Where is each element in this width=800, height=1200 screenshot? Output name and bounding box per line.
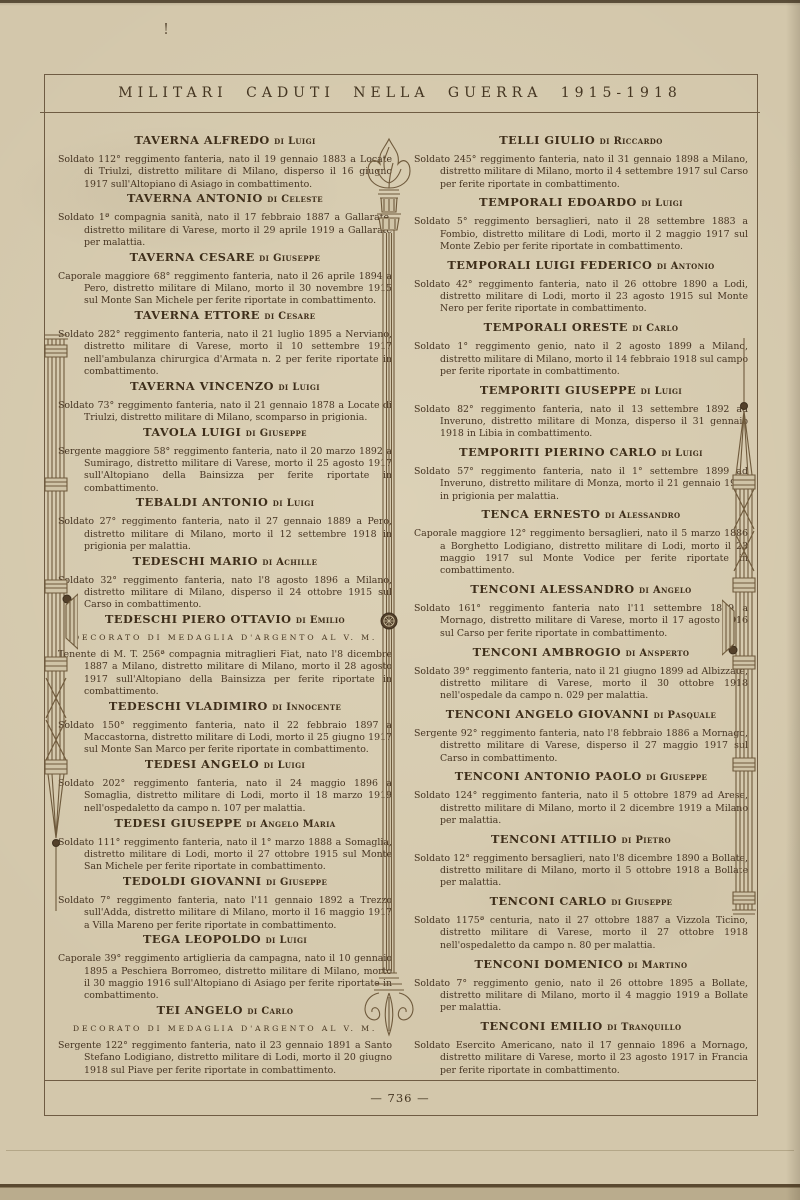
right-column: TELLI GIULIO di Riccardo Soldato 245° re… <box>414 133 748 1077</box>
entry-surname-name: TEMPORITI PIERINO CARLO <box>459 445 657 459</box>
left-column: TAVERNA ALFREDO di Luigi Soldato 112° re… <box>58 133 392 1077</box>
entry-body: Soldato 73° reggimento fanteria, nato il… <box>58 400 392 425</box>
entry-heading: TAVERNA ALFREDO di Luigi <box>58 133 392 147</box>
entry-filiation: di Giuseppe <box>266 877 327 888</box>
entry-filiation: di Antonio <box>657 261 715 272</box>
obituary-entry: TAVERNA ETTORE di Cesare Soldato 282° re… <box>58 308 392 378</box>
entry-heading: TEMPORITI PIERINO CARLO di Luigi <box>414 445 748 459</box>
page-title: MILITARI CADUTI NELLA GUERRA 1915-1918 <box>118 85 682 101</box>
entry-surname-name: TENCONI ATTILIO <box>491 832 617 846</box>
entry-surname-name: TEMPORALI EDOARDO <box>479 195 637 209</box>
entry-body: Soldato 27° reggimento fanteria, nato il… <box>58 516 392 553</box>
entry-filiation: di Cesare <box>264 311 315 322</box>
entry-surname-name: TENCONI AMBROGIO <box>473 645 622 659</box>
entry-surname-name: TENCONI ANTONIO PAOLO <box>455 769 642 783</box>
entry-surname-name: TAVERNA ETTORE <box>135 308 260 322</box>
entry-heading: TENCONI ALESSANDRO di Angelo <box>414 582 748 596</box>
entry-filiation: di Innocente <box>272 702 341 713</box>
entry-surname-name: TAVERNA ANTONIO <box>127 191 263 205</box>
entry-heading: TEDESI ANGELO di Luigi <box>58 757 392 771</box>
entry-surname-name: TEDESCHI PIERO OTTAVIO <box>105 612 291 626</box>
obituary-entry: TAVOLA LUIGI di Giuseppe Sergente maggio… <box>58 425 392 495</box>
entry-body: Sergente 92° reggimento fanteria, nato l… <box>414 728 748 765</box>
entry-filiation: di Luigi <box>278 382 319 393</box>
entry-filiation: di Luigi <box>274 136 315 147</box>
entry-body: Caporale maggiore 68° reggimento fanteri… <box>58 271 392 308</box>
entry-filiation: di Carlo <box>247 1006 293 1017</box>
entry-heading: TELLI GIULIO di Riccardo <box>414 133 748 147</box>
entry-surname-name: TEMPORALI LUIGI FEDERICO <box>447 258 652 272</box>
entry-filiation: di Alessandro <box>605 510 681 521</box>
obituary-entry: TENCONI CARLO di Giuseppe Soldato 1175ª … <box>414 894 748 952</box>
obituary-entry: TEBALDI ANTONIO di Luigi Soldato 27° reg… <box>58 495 392 553</box>
entry-heading: TENCONI ANTONIO PAOLO di Giuseppe <box>414 769 748 783</box>
entry-heading: TAVOLA LUIGI di Giuseppe <box>58 425 392 439</box>
entry-surname-name: TENCA ERNESTO <box>482 507 601 521</box>
obituary-entry: TELLI GIULIO di Riccardo Soldato 245° re… <box>414 133 748 191</box>
entry-body: Soldato 150° reggimento fanteria, nato i… <box>58 720 392 757</box>
entry-surname-name: TEBALDI ANTONIO <box>136 495 269 509</box>
entry-filiation: di Celeste <box>267 194 323 205</box>
entry-filiation: di Angelo <box>639 585 692 596</box>
entry-body: Soldato 124° reggimento fanteria, nato i… <box>414 790 748 827</box>
entry-filiation: di Emilio <box>296 615 345 626</box>
entry-body: Soldato 245° reggimento fanteria, nato i… <box>414 154 748 191</box>
entry-filiation: di Martino <box>628 960 688 971</box>
entry-heading: TEDESCHI PIERO OTTAVIO di Emilio <box>58 612 392 626</box>
entry-heading: TAVERNA ETTORE di Cesare <box>58 308 392 322</box>
entry-body: Soldato Esercito Americano, nato il 17 g… <box>414 1040 748 1077</box>
entry-heading: TENCONI EMILIO di Tranquillo <box>414 1019 748 1033</box>
entry-surname-name: TAVERNA CESARE <box>130 250 255 264</box>
entry-filiation: di Giuseppe <box>646 772 707 783</box>
entry-heading: TAVERNA CESARE di Giuseppe <box>58 250 392 264</box>
scanned-book-page: ! MILITARI CADUTI NELLA GUERRA 1915-1918… <box>0 0 800 1200</box>
entry-filiation: di Pietro <box>622 835 671 846</box>
obituary-entry: TENCONI DOMENICO di Martino Soldato 7° r… <box>414 957 748 1015</box>
entry-body: Caporale maggiore 12° reggimento bersagl… <box>414 528 748 577</box>
entry-surname-name: TAVERNA ALFREDO <box>134 133 269 147</box>
obituary-entry: TEMPORITI GIUSEPPE di Luigi Soldato 82° … <box>414 383 748 441</box>
obituary-entry: TEDESCHI MARIO di Achille Soldato 32° re… <box>58 554 392 612</box>
entry-filiation: di Tranquillo <box>607 1022 681 1033</box>
entry-body: Soldato 42° reggimento fanteria, nato il… <box>414 279 748 316</box>
scan-bottom-line <box>6 1150 794 1151</box>
entry-surname-name: TAVERNA VINCENZO <box>130 379 274 393</box>
page-number: — 736 — <box>370 1091 429 1105</box>
entry-body: Soldato 12° reggimento bersaglieri, nato… <box>414 853 748 890</box>
obituary-columns: TAVERNA ALFREDO di Luigi Soldato 112° re… <box>58 133 748 1077</box>
obituary-entry: TEDESI GIUSEPPE di Angelo Maria Soldato … <box>58 816 392 874</box>
obituary-entry: TEDOLDI GIOVANNI di Giuseppe Soldato 7° … <box>58 874 392 932</box>
entry-filiation: di Carlo <box>632 323 678 334</box>
obituary-entry: TEMPORALI ORESTE di Carlo Soldato 1° reg… <box>414 320 748 378</box>
entry-body: Soldato 202° reggimento fanteria, nato i… <box>58 778 392 815</box>
obituary-entry: TENCONI ATTILIO di Pietro Soldato 12° re… <box>414 832 748 890</box>
entry-surname-name: TENCONI ALESSANDRO <box>470 582 634 596</box>
entry-heading: TENCONI ANGELO GIOVANNI di Pasquale <box>414 707 748 721</box>
entry-surname-name: TELLI GIULIO <box>499 133 595 147</box>
entry-filiation: di Angelo Maria <box>246 819 335 830</box>
obituary-entry: TEDESI ANGELO di Luigi Soldato 202° regg… <box>58 757 392 815</box>
entry-heading: TEDESCHI MARIO di Achille <box>58 554 392 568</box>
entry-body: Soldato 1° reggimento genio, nato il 2 a… <box>414 341 748 378</box>
entry-heading: TEI ANGELO di Carlo <box>58 1003 392 1017</box>
entry-body: Soldato 111° reggimento fanteria, nato i… <box>58 837 392 874</box>
entry-body: Soldato 161° reggimento fanteria nato l'… <box>414 603 748 640</box>
obituary-entry: TEI ANGELO di Carlo DECORATO DI MEDAGLIA… <box>58 1003 392 1077</box>
entry-heading: TAVERNA ANTONIO di Celeste <box>58 191 392 205</box>
entry-surname-name: TEDOLDI GIOVANNI <box>123 874 262 888</box>
entry-heading: TEDESCHI VLADIMIRO di Innocente <box>58 699 392 713</box>
entry-filiation: di Luigi <box>264 760 305 771</box>
entry-body: Soldato 1175ª centuria, nato il 27 ottob… <box>414 915 748 952</box>
obituary-entry: TAVERNA VINCENZO di Luigi Soldato 73° re… <box>58 379 392 425</box>
scan-page-edge-shadow <box>0 1187 800 1200</box>
obituary-entry: TEMPORITI PIERINO CARLO di Luigi Soldato… <box>414 445 748 503</box>
entry-body: Soldato 1ª compagnia sanità, nato il 17 … <box>58 212 392 249</box>
entry-body: Tenente di M. T. 256ª compagnia mitragli… <box>58 649 392 698</box>
entry-body: Soldato 7° reggimento fanteria, nato l'1… <box>58 895 392 932</box>
scan-top-edge <box>0 0 800 3</box>
entry-filiation: di Giuseppe <box>611 897 672 908</box>
obituary-entry: TENCONI ALESSANDRO di Angelo Soldato 161… <box>414 582 748 640</box>
page-header: MILITARI CADUTI NELLA GUERRA 1915-1918 <box>44 74 756 112</box>
entry-filiation: di Luigi <box>266 935 307 946</box>
entry-heading: TEMPORALI LUIGI FEDERICO di Antonio <box>414 258 748 272</box>
entry-body: Soldato 32° reggimento fanteria, nato l'… <box>58 575 392 612</box>
obituary-entry: TAVERNA ALFREDO di Luigi Soldato 112° re… <box>58 133 392 191</box>
entry-body: Soldato 5° reggimento bersaglieri, nato … <box>414 216 748 253</box>
entry-body: Soldato 39° reggimento fanteria, nato il… <box>414 666 748 703</box>
entry-heading: TEMPORITI GIUSEPPE di Luigi <box>414 383 748 397</box>
obituary-entry: TEDESCHI VLADIMIRO di Innocente Soldato … <box>58 699 392 757</box>
entry-body: Soldato 82° reggimento fanteria, nato il… <box>414 404 748 441</box>
entry-surname-name: TENCONI CARLO <box>490 894 607 908</box>
entry-heading: TEDESI GIUSEPPE di Angelo Maria <box>58 816 392 830</box>
entry-heading: TENCONI ATTILIO di Pietro <box>414 832 748 846</box>
obituary-entry: TENCA ERNESTO di Alessandro Caporale mag… <box>414 507 748 577</box>
stray-ink-mark: ! <box>163 20 169 38</box>
entry-surname-name: TEDESI GIUSEPPE <box>114 816 241 830</box>
entry-surname-name: TEMPORALI ORESTE <box>484 320 628 334</box>
page-footer: — 736 — <box>44 1080 756 1115</box>
entry-filiation: di Luigi <box>641 386 682 397</box>
entry-honor-line: DECORATO DI MEDAGLIA D'ARGENTO AL V. M. <box>58 1024 392 1033</box>
entry-heading: TENCONI AMBROGIO di Ansperto <box>414 645 748 659</box>
header-rule <box>40 112 760 113</box>
entry-body: Soldato 7° reggimento genio, nato il 26 … <box>414 978 748 1015</box>
entry-heading: TEMPORALI ORESTE di Carlo <box>414 320 748 334</box>
entry-heading: TENCONI DOMENICO di Martino <box>414 957 748 971</box>
entry-surname-name: TEDESI ANGELO <box>145 757 259 771</box>
entry-body: Soldato 112° reggimento fanteria, nato i… <box>58 154 392 191</box>
entry-filiation: di Luigi <box>661 448 702 459</box>
entry-body: Sergente maggiore 58° reggimento fanteri… <box>58 446 392 495</box>
obituary-entry: TENCONI ANGELO GIOVANNI di Pasquale Serg… <box>414 707 748 765</box>
entry-surname-name: TEGA LEOPOLDO <box>143 932 261 946</box>
obituary-entry: TENCONI ANTONIO PAOLO di Giuseppe Soldat… <box>414 769 748 827</box>
entry-surname-name: TEMPORITI GIUSEPPE <box>480 383 636 397</box>
entry-surname-name: TEDESCHI VLADIMIRO <box>109 699 268 713</box>
entry-honor-line: DECORATO DI MEDAGLIA D'ARGENTO AL V. M. <box>58 633 392 642</box>
entry-filiation: di Luigi <box>273 498 314 509</box>
entry-body: Sergente 122° reggimento fanteria, nato … <box>58 1040 392 1077</box>
entry-heading: TENCA ERNESTO di Alessandro <box>414 507 748 521</box>
obituary-entry: TEMPORALI LUIGI FEDERICO di Antonio Sold… <box>414 258 748 316</box>
entry-filiation: di Giuseppe <box>246 428 307 439</box>
entry-filiation: di Ansperto <box>626 648 690 659</box>
entry-surname-name: TENCONI DOMENICO <box>474 957 623 971</box>
entry-filiation: di Luigi <box>641 198 682 209</box>
obituary-entry: TAVERNA CESARE di Giuseppe Caporale magg… <box>58 250 392 308</box>
entry-heading: TENCONI CARLO di Giuseppe <box>414 894 748 908</box>
obituary-entry: TEMPORALI EDOARDO di Luigi Soldato 5° re… <box>414 195 748 253</box>
entry-body: Soldato 57° reggimento fanteria, nato il… <box>414 466 748 503</box>
entry-body: Caporale 39° reggimento artiglieria da c… <box>58 953 392 1002</box>
entry-heading: TEMPORALI EDOARDO di Luigi <box>414 195 748 209</box>
entry-surname-name: TAVOLA LUIGI <box>143 425 241 439</box>
entry-filiation: di Riccardo <box>600 136 663 147</box>
obituary-entry: TEGA LEOPOLDO di Luigi Caporale 39° regg… <box>58 932 392 1002</box>
entry-filiation: di Achille <box>262 557 317 568</box>
entry-heading: TEGA LEOPOLDO di Luigi <box>58 932 392 946</box>
entry-filiation: di Giuseppe <box>259 253 320 264</box>
entry-filiation: di Pasquale <box>654 710 717 721</box>
obituary-entry: TENCONI EMILIO di Tranquillo Soldato Ese… <box>414 1019 748 1077</box>
obituary-entry: TAVERNA ANTONIO di Celeste Soldato 1ª co… <box>58 191 392 249</box>
entry-surname-name: TEDESCHI MARIO <box>133 554 258 568</box>
entry-heading: TEBALDI ANTONIO di Luigi <box>58 495 392 509</box>
entry-body: Soldato 282° reggimento fanteria, nato i… <box>58 329 392 378</box>
entry-heading: TEDOLDI GIOVANNI di Giuseppe <box>58 874 392 888</box>
entry-heading: TAVERNA VINCENZO di Luigi <box>58 379 392 393</box>
entry-surname-name: TENCONI ANGELO GIOVANNI <box>446 707 649 721</box>
entry-surname-name: TENCONI EMILIO <box>481 1019 603 1033</box>
obituary-entry: TENCONI AMBROGIO di Ansperto Soldato 39°… <box>414 645 748 703</box>
obituary-entry: TEDESCHI PIERO OTTAVIO di Emilio DECORAT… <box>58 612 392 698</box>
entry-surname-name: TEI ANGELO <box>157 1003 243 1017</box>
